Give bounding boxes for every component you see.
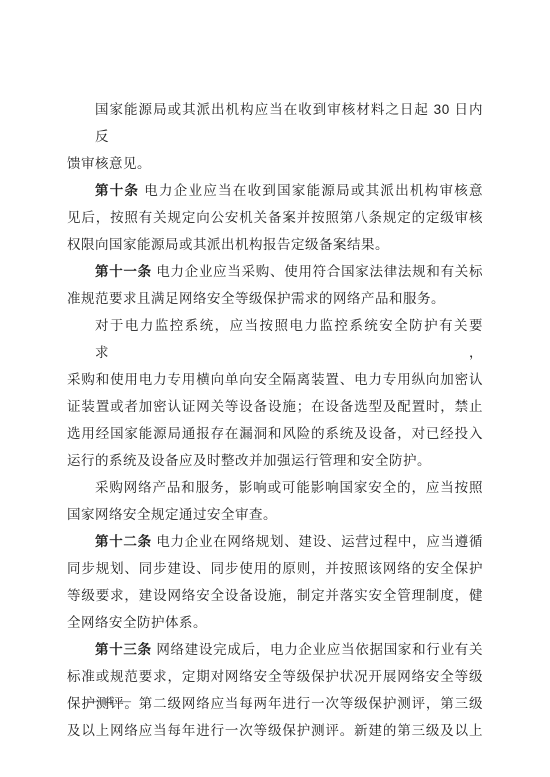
text-line: 采购网络产品和服务，影响或可能影响国家安全的，应当按照 <box>67 474 483 501</box>
text-line: 标准或规范要求，定期对网络安全等级保护状况开展网络安全等级 <box>67 663 483 690</box>
text-segment: 对于电力监控系统，应当按照电力监控系统安全防护有关要求， <box>95 318 483 360</box>
text-line: 同步规划、同步建设、同步使用的原则，并按照该网络的安全保护 <box>67 555 483 582</box>
text-segment: 权限向国家能源局或其派出机构报告定级备案结果。 <box>67 237 389 252</box>
document-body: 国家能源局或其派出机构应当在收到审核材料之日起 30 日内反馈审核意见。第十条 … <box>67 96 483 744</box>
text-line: 证装置或者加密认证网关等设备设施；在设备选型及配置时，禁止 <box>67 393 483 420</box>
text-line: 等级要求，建设网络安全设备设施，制定并落实安全管理制度，健 <box>67 582 483 609</box>
text-line: 馈审核意见。 <box>67 150 483 177</box>
text-segment: 国家能源局或其派出机构应当在收到审核材料之日起 30 日内反 <box>95 102 483 144</box>
text-segment: 标准或规范要求，定期对网络安全等级保护状况开展网络安全等级 <box>67 669 483 684</box>
text-line: 第十三条 网络建设完成后，电力企业应当依据国家和行业有关 <box>67 636 483 663</box>
text-line: 第十一条 电力企业应当采购、使用符合国家法律法规和有关标 <box>67 258 483 285</box>
text-line: 选用经国家能源局通报存在漏洞和风险的系统及设备，对已经投入 <box>67 420 483 447</box>
text-line: 采购和使用电力专用横向单向安全隔离装置、电力专用纵向加密认 <box>67 366 483 393</box>
text-segment: 及以上网络应当每年进行一次等级保护测评。新建的第三级及以上 <box>67 723 483 738</box>
text-line: 全网络安全防护体系。 <box>67 609 483 636</box>
text-line: 国家网络安全规定通过安全审查。 <box>67 501 483 528</box>
text-segment: 网络建设完成后，电力企业应当依据国家和行业有关 <box>152 642 483 657</box>
text-line: 权限向国家能源局或其派出机构报告定级备案结果。 <box>67 231 483 258</box>
text-line: 对于电力监控系统，应当按照电力监控系统安全防护有关要求， <box>67 312 483 366</box>
article-heading-segment: 第十三条 <box>95 642 152 657</box>
text-segment: 准规范要求且满足网络安全等级保护需求的网络产品和服务。 <box>67 291 445 306</box>
article-heading-segment: 第十一条 <box>95 264 152 279</box>
text-segment: 采购和使用电力专用横向单向安全隔离装置、电力专用纵向加密认 <box>67 372 483 387</box>
text-line: 第十二条 电力企业在网络规划、建设、运营过程中，应当遵循 <box>67 528 483 555</box>
text-line: 国家能源局或其派出机构应当在收到审核材料之日起 30 日内反 <box>67 96 483 150</box>
text-line: 准规范要求且满足网络安全等级保护需求的网络产品和服务。 <box>67 285 483 312</box>
text-segment: 全网络安全防护体系。 <box>67 615 207 630</box>
text-segment: 见后，按照有关规定向公安机关备案并按照第八条规定的定级审核 <box>67 210 483 225</box>
text-segment: 馈审核意见。 <box>67 156 151 171</box>
text-segment: 等级要求，建设网络安全设备设施，制定并落实安全管理制度，健 <box>67 588 483 603</box>
page-number: — 4 — <box>88 693 132 709</box>
text-line: 及以上网络应当每年进行一次等级保护测评。新建的第三级及以上 <box>67 717 483 744</box>
text-segment: 运行的系统及设备应及时整改并加强运行管理和安全防护。 <box>67 453 431 468</box>
text-segment: 电力企业应当采购、使用符合国家法律法规和有关标 <box>152 264 483 279</box>
text-segment: 采购网络产品和服务，影响或可能影响国家安全的，应当按照 <box>95 480 483 495</box>
article-heading-segment: 第十二条 <box>95 534 152 549</box>
text-segment: 同步规划、同步建设、同步使用的原则，并按照该网络的安全保护 <box>67 561 483 576</box>
text-line: 第十条 电力企业应当在收到国家能源局或其派出机构审核意 <box>67 177 483 204</box>
text-segment: 国家网络安全规定通过安全审查。 <box>67 507 277 522</box>
text-segment: 电力企业应当在收到国家能源局或其派出机构审核意 <box>139 183 483 198</box>
text-segment: 证装置或者加密认证网关等设备设施；在设备选型及配置时，禁止 <box>67 399 483 414</box>
text-segment: 选用经国家能源局通报存在漏洞和风险的系统及设备，对已经投入 <box>67 426 483 441</box>
document-page: 国家能源局或其派出机构应当在收到审核材料之日起 30 日内反馈审核意见。第十条 … <box>0 0 550 777</box>
text-segment: 电力企业在网络规划、建设、运营过程中，应当遵循 <box>152 534 483 549</box>
text-line: 运行的系统及设备应及时整改并加强运行管理和安全防护。 <box>67 447 483 474</box>
article-heading-segment: 第十条 <box>95 183 139 198</box>
text-line: 见后，按照有关规定向公安机关备案并按照第八条规定的定级审核 <box>67 204 483 231</box>
